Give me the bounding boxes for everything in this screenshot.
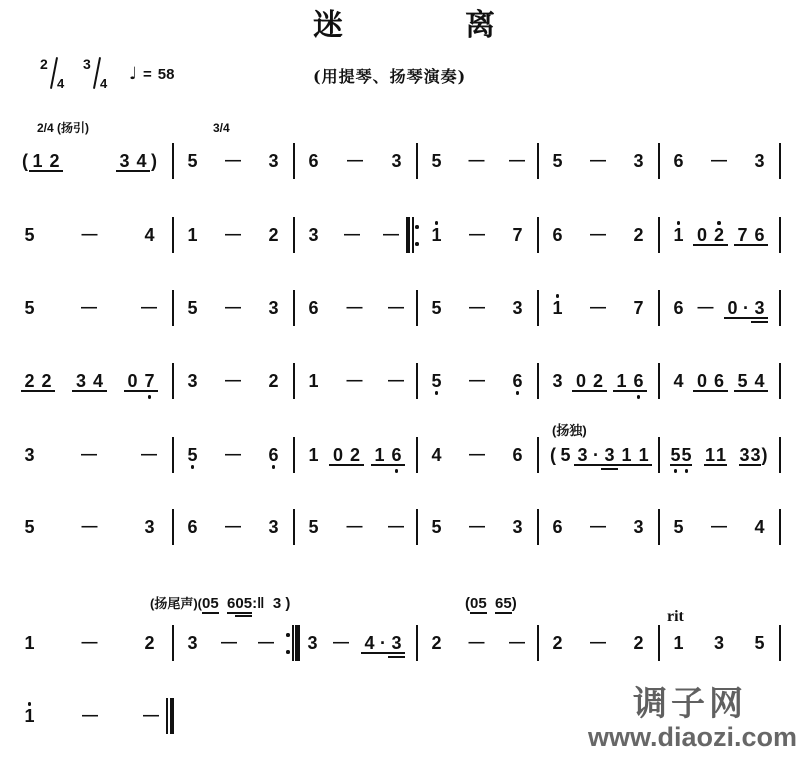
extension-dash: — — [589, 625, 607, 661]
octave-dot-below — [148, 395, 152, 399]
note: 4 — [428, 437, 445, 473]
parenthesis-text: ) — [762, 445, 768, 465]
note: 6 — [549, 217, 566, 253]
beat: 1 — [549, 290, 566, 326]
beat: 4 — [670, 363, 687, 399]
measure: 5—— — [295, 509, 416, 545]
extension-dash-text: — — [225, 446, 241, 463]
note-text: 3 — [512, 298, 522, 318]
beat: 3 — [184, 625, 201, 661]
beam-underline — [734, 390, 751, 392]
beat: 06 — [693, 363, 727, 399]
annotation-token: 6 — [227, 594, 235, 614]
note-text: 6 — [309, 298, 319, 318]
annotation-text: rit — [667, 608, 684, 625]
note-text: 6 — [633, 371, 643, 391]
thin-stroke — [292, 625, 294, 661]
note-text: 3 — [308, 633, 318, 653]
note: 5 — [21, 217, 38, 253]
measure: 5—3 — [418, 509, 537, 545]
parenthesis-text: ) — [151, 151, 157, 171]
note: 3 — [265, 290, 282, 326]
note-text: 6 — [188, 517, 198, 537]
beat: — — [387, 290, 405, 326]
beam-underline — [478, 612, 486, 614]
beat: — — [346, 363, 364, 399]
note-text: 3 — [714, 633, 724, 653]
extension-dash: — — [710, 143, 728, 179]
note-text: 1 — [188, 225, 198, 245]
note: 5 — [184, 437, 201, 473]
measure: 6—3 — [660, 143, 779, 179]
note-text: 1 — [33, 151, 43, 171]
note: 1 — [184, 217, 201, 253]
note: 3 — [265, 143, 282, 179]
annotation-text: 0 — [202, 595, 210, 612]
note: 5 — [428, 290, 445, 326]
beam-underline — [751, 244, 768, 246]
note-text: 1 — [553, 298, 563, 318]
extension-dash: — — [387, 509, 405, 545]
instrumentation-subtitle: (用提琴、扬琴演奏) — [313, 66, 466, 88]
note: 3 — [750, 437, 761, 473]
beam-underline — [630, 390, 647, 392]
beat: 3 — [751, 143, 768, 179]
extension-dash: — — [81, 698, 99, 734]
octave-dot-below — [674, 469, 678, 473]
annotation-token — [487, 594, 495, 614]
extension-dash-text: — — [590, 152, 606, 169]
beat: 5 — [305, 509, 322, 545]
extension-dash-text: — — [509, 152, 525, 169]
measure: 1—7 — [539, 290, 658, 326]
beat: 6 — [670, 290, 687, 326]
note-text: 5 — [188, 298, 198, 318]
note-text: 4 — [364, 633, 374, 653]
note: 2 — [710, 217, 727, 253]
beam-underline — [589, 390, 606, 392]
note: 4 — [751, 363, 768, 399]
note: 1 — [428, 217, 445, 253]
beat: — — [468, 217, 486, 253]
measure: 5—— — [15, 290, 172, 326]
note: 1 — [21, 698, 38, 734]
time-signature-denominator: 4 — [57, 77, 64, 90]
extension-dash: — — [140, 290, 158, 326]
extension-dash: — — [468, 363, 486, 399]
beam-underline — [613, 390, 630, 392]
rest: 0 — [724, 290, 741, 326]
extension-dash-text: — — [711, 152, 727, 169]
annotation-token: 5 — [503, 594, 511, 614]
barline-stroke — [779, 437, 781, 473]
parenthesis: ) — [761, 437, 768, 473]
note-text: 1 — [705, 445, 715, 465]
octave-dot-above — [556, 294, 560, 298]
note-text: 6 — [674, 151, 684, 171]
octave-dot-below — [191, 465, 195, 469]
measure: 6—0·3 — [660, 290, 779, 326]
extension-dash: — — [468, 143, 486, 179]
annotation-token: 6 — [495, 594, 503, 614]
beat: — — [81, 698, 99, 734]
note: 3 — [751, 143, 768, 179]
beat: 1 — [305, 363, 322, 399]
beat: 3 — [305, 217, 322, 253]
extension-dash: — — [140, 437, 158, 473]
note: 1 — [613, 363, 630, 399]
note-text: 3 — [268, 151, 278, 171]
beat: — — [224, 217, 242, 253]
extension-dash: — — [346, 143, 364, 179]
beat: 76 — [734, 217, 768, 253]
extension-dash-text: — — [469, 518, 485, 535]
staff-system: 5——5—36——5—31—76—0·3 — [0, 290, 802, 326]
beat: — — [468, 143, 486, 179]
beam-underline — [591, 464, 601, 466]
beat: — — [468, 363, 486, 399]
note-text: 2 — [633, 633, 643, 653]
beat: 2 — [265, 217, 282, 253]
extension-dash-text: — — [225, 299, 241, 316]
beat: — — [140, 437, 158, 473]
parenthesis: ) — [150, 143, 158, 179]
beat: 5 — [21, 290, 38, 326]
annotation-token: 0 — [202, 594, 210, 614]
extension-dash-text: — — [221, 634, 237, 651]
note: 5 — [428, 363, 445, 399]
beam-underline — [750, 464, 761, 466]
beat: 2 — [549, 625, 566, 661]
extension-dash: — — [589, 143, 607, 179]
parenthesis: ( — [549, 437, 557, 473]
barline — [779, 290, 781, 326]
annotation-text — [219, 595, 227, 612]
meter-cue-annotation: 2/4 (扬引) — [37, 118, 89, 138]
annotation-text — [487, 595, 495, 612]
note-text: 5 — [561, 445, 571, 465]
note-text: 5 — [188, 445, 198, 465]
beam-underline — [704, 464, 715, 466]
rest: 0 — [572, 363, 589, 399]
measure: 5—4 — [15, 217, 172, 253]
instrument-cue-annotation: (扬独) — [552, 421, 587, 441]
note-text: 5 — [188, 151, 198, 171]
extension-dash-text: — — [81, 299, 97, 316]
extension-dash-text: — — [590, 634, 606, 651]
time-signature-denominator: 4 — [100, 77, 107, 90]
note-text: 7 — [737, 225, 747, 245]
barline — [779, 509, 781, 545]
beat: 3 — [630, 143, 647, 179]
note: 6 — [265, 437, 282, 473]
beat: 6 — [305, 143, 322, 179]
note: 3 — [549, 363, 566, 399]
beat: 1 — [670, 217, 687, 253]
note-text: 3 — [188, 371, 198, 391]
beat: — — [81, 625, 99, 661]
tempo-marking-annotation: rit — [667, 607, 684, 627]
extension-dash-text: — — [590, 518, 606, 535]
note-text: 3 — [553, 371, 563, 391]
beat: — — [346, 509, 364, 545]
measure: 6—3 — [539, 509, 658, 545]
beat: 34) — [116, 143, 158, 179]
beat: 3 — [304, 625, 321, 661]
note: 6 — [751, 217, 768, 253]
beat: — — [257, 625, 275, 661]
note-text: 2 — [350, 445, 360, 465]
beam-underline-double — [244, 615, 252, 617]
measure: 6—3 — [295, 143, 416, 179]
extension-dash-text: — — [82, 226, 98, 243]
note-text: 7 — [512, 225, 522, 245]
beat: 1 — [305, 437, 322, 473]
beam-underline — [378, 652, 388, 654]
octave-dot-below — [516, 391, 520, 395]
extension-dash: — — [224, 363, 242, 399]
beat: 54 — [734, 363, 768, 399]
note: 6 — [710, 363, 727, 399]
note-text: 5 — [25, 298, 35, 318]
beam-underline-double — [388, 656, 405, 658]
measure: 4—6 — [418, 437, 537, 473]
beam-underline — [618, 464, 635, 466]
note-text: 6 — [512, 371, 522, 391]
annotation-text: 5 — [210, 595, 218, 612]
note-text: 5 — [309, 517, 319, 537]
beam-underline — [388, 464, 405, 466]
extension-dash-text: — — [333, 634, 349, 651]
beat: 2 — [630, 625, 647, 661]
final-barline — [166, 698, 174, 734]
annotation-text: 2/4 (扬引) — [37, 121, 89, 135]
extension-dash-text: — — [388, 299, 404, 316]
note-text: 3 — [605, 445, 615, 465]
tempo-marking: ♩ = 58 — [129, 64, 174, 85]
extension-dash-text: — — [82, 634, 98, 651]
extension-dash-text: — — [344, 226, 360, 243]
measure: 3—— — [295, 217, 406, 253]
thick-stroke — [170, 698, 175, 734]
thick-stroke — [295, 625, 300, 661]
beat: — — [224, 143, 242, 179]
note-text: 5 — [553, 151, 563, 171]
note: 1 — [305, 437, 322, 473]
beam-underline — [361, 652, 378, 654]
title-char-2: 离 — [465, 8, 495, 44]
note: 2 — [141, 625, 158, 661]
beam-underline — [46, 170, 63, 172]
note-text: 4 — [93, 371, 103, 391]
extension-dash-text: — — [347, 518, 363, 535]
measure: 2—2 — [539, 625, 658, 661]
measure: 3—4·3 — [300, 625, 416, 661]
note-text: 6 — [553, 517, 563, 537]
extension-dash: — — [346, 509, 364, 545]
note-text: 1 — [309, 371, 319, 391]
note: 6 — [509, 437, 526, 473]
beat: 11 — [704, 437, 726, 473]
beat: 5 — [670, 509, 687, 545]
beat: — — [140, 290, 158, 326]
extension-dash-text: — — [141, 299, 157, 316]
beat: 5 — [549, 143, 566, 179]
note: 5 — [428, 509, 445, 545]
beat: (5 — [549, 437, 574, 473]
extension-dash-text: — — [82, 518, 98, 535]
note: 6 — [549, 509, 566, 545]
note: 7 — [630, 290, 647, 326]
note: 4 — [361, 625, 378, 661]
beat: 3 — [141, 509, 158, 545]
note-text: 6 — [754, 225, 764, 245]
beat: 5 — [184, 143, 201, 179]
extension-dash: — — [387, 290, 405, 326]
note: 1 — [305, 363, 322, 399]
beat: 5 — [21, 509, 38, 545]
beam-underline — [734, 244, 751, 246]
measure: 5—3 — [539, 143, 658, 179]
beat: 4 — [141, 217, 158, 253]
note: 5 — [21, 290, 38, 326]
note: 1 — [618, 437, 635, 473]
annotation-token: 3 ) — [265, 594, 291, 614]
extension-dash: — — [346, 290, 364, 326]
measure: 10276 — [660, 217, 779, 253]
beat: 34 — [72, 363, 106, 399]
tempo-equals: = — [143, 65, 152, 85]
note: 1 — [21, 625, 38, 661]
beam-underline — [90, 390, 107, 392]
extension-dash: — — [80, 290, 98, 326]
beat: — — [224, 509, 242, 545]
note: 5 — [734, 363, 751, 399]
note-text: 6 — [553, 225, 563, 245]
annotation-text: 0 — [470, 595, 478, 612]
beat: 3 — [265, 509, 282, 545]
note: 2 — [428, 625, 445, 661]
time-signature-numerator: 3 — [83, 57, 91, 71]
beat: 3 — [509, 290, 526, 326]
beat: 3 — [265, 290, 282, 326]
staff-system: 5—41—23——1—76—210276 — [0, 217, 802, 253]
note: 3 — [72, 363, 89, 399]
note-text: 4 — [144, 225, 154, 245]
extension-dash: — — [468, 217, 486, 253]
beat: — — [142, 698, 160, 734]
note: 5 — [751, 625, 768, 661]
beat: — — [387, 509, 405, 545]
note: 2 — [38, 363, 55, 399]
beat: 5 — [428, 290, 445, 326]
beam-underline — [716, 464, 727, 466]
note: 3 — [601, 437, 618, 473]
extension-dash: — — [80, 437, 98, 473]
note-text: 5 — [25, 225, 35, 245]
beat: — — [346, 143, 364, 179]
note: 3 — [630, 509, 647, 545]
extension-dash: — — [468, 290, 486, 326]
beat: — — [468, 290, 486, 326]
extension-dash: — — [387, 363, 405, 399]
barline — [779, 143, 781, 179]
beat: 3·3 — [574, 437, 618, 473]
extension-dash-text: — — [383, 226, 399, 243]
beat: 55 — [670, 437, 692, 473]
annotation-token: rit — [667, 607, 684, 627]
beat: — — [468, 437, 486, 473]
note: 3 — [388, 143, 405, 179]
extension-dash-text: — — [469, 226, 485, 243]
note: 1 — [716, 437, 727, 473]
note: 6 — [670, 143, 687, 179]
measure: 40654 — [660, 363, 779, 399]
note-text: 3 — [391, 151, 401, 171]
beat: 3 — [265, 143, 282, 179]
parenthesis-text: ( — [22, 151, 28, 171]
rest-text: 0 — [697, 371, 707, 391]
extension-dash-text: — — [388, 518, 404, 535]
note: 3 — [305, 217, 322, 253]
note-text: 6 — [309, 151, 319, 171]
beat: — — [220, 625, 238, 661]
beam-underline — [202, 612, 210, 614]
beat: — — [468, 625, 486, 661]
extension-dash: — — [81, 217, 99, 253]
barline — [779, 363, 781, 399]
barline-stroke — [779, 509, 781, 545]
annotation-token — [219, 594, 227, 614]
note-text: 3 — [750, 445, 760, 465]
beat: 3 — [21, 437, 38, 473]
note: 1 — [371, 437, 388, 473]
measure: 6—2 — [539, 217, 658, 253]
note: 2 — [630, 217, 647, 253]
note-text: 3 — [512, 517, 522, 537]
annotation-text: 3 ) — [265, 595, 291, 612]
beam-underline — [210, 612, 218, 614]
note: 2 — [265, 217, 282, 253]
title-char-1: 迷 — [313, 8, 343, 44]
annotation-text: 5 — [244, 595, 252, 612]
beat: 02 — [693, 217, 727, 253]
note: 3 — [184, 625, 201, 661]
note-text: 3 — [309, 225, 319, 245]
note-text: 2 — [593, 371, 603, 391]
beam-underline — [235, 612, 243, 614]
annotation-token: 5 — [210, 594, 218, 614]
repeat-dot — [286, 633, 290, 637]
measure: 6—3 — [174, 509, 293, 545]
barline-stroke — [779, 143, 781, 179]
beat: — — [224, 363, 242, 399]
sheet-music-page: 迷 离 (用提琴、扬琴演奏) 2 4 3 4 ♩ = 58 (1234)5—36… — [0, 0, 802, 760]
note-text: 3 — [578, 445, 588, 465]
extension-dash: — — [382, 217, 400, 253]
augmentation-dot-text: · — [743, 298, 749, 318]
extension-dash-text: — — [469, 446, 485, 463]
note-text: 3 — [25, 445, 35, 465]
note: 1 — [704, 437, 715, 473]
beam-underline — [346, 464, 363, 466]
note: 1 — [670, 625, 687, 661]
extension-dash: — — [81, 625, 99, 661]
octave-dot-below — [272, 465, 276, 469]
quarter-note-icon: ♩ — [129, 64, 137, 84]
beat: 07 — [124, 363, 158, 399]
octave-dot-above — [677, 221, 681, 225]
